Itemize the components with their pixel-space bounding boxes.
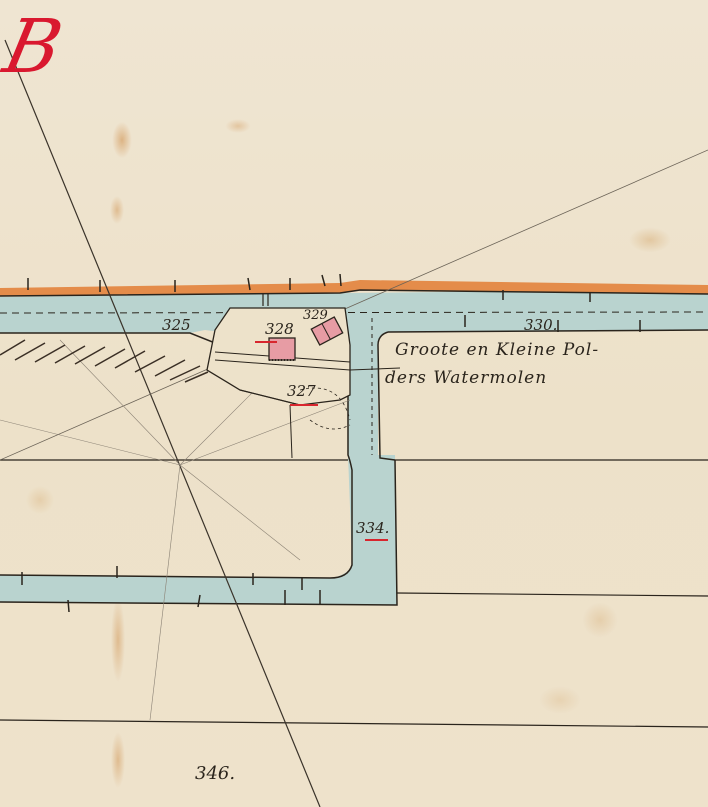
parcel-label-330: 330.: [524, 318, 557, 333]
annotation-line-2: ders Watermolen: [385, 370, 547, 387]
red-underline-327: [290, 404, 318, 406]
water-channel-vertical: [0, 455, 397, 605]
parcel-label-334: 334.: [356, 521, 389, 536]
slope-hatching: [0, 340, 208, 382]
red-underline-328: [255, 341, 277, 343]
parcel-label-329: 329: [303, 309, 328, 322]
annotation-line-1: Groote en Kleine Pol-: [395, 342, 599, 359]
parcel-label-328: 328: [265, 322, 294, 337]
parcel-label-346: 346.: [195, 765, 235, 783]
map-linework: [0, 0, 708, 807]
red-underline-334: [365, 539, 388, 541]
parcel-label-325: 325: [162, 318, 191, 333]
cadastral-map: B 325 328 329 327 330. 334. 346. Groote …: [0, 0, 708, 807]
parcel-label-327: 327: [287, 384, 316, 399]
water-channel-upper: [0, 289, 708, 460]
